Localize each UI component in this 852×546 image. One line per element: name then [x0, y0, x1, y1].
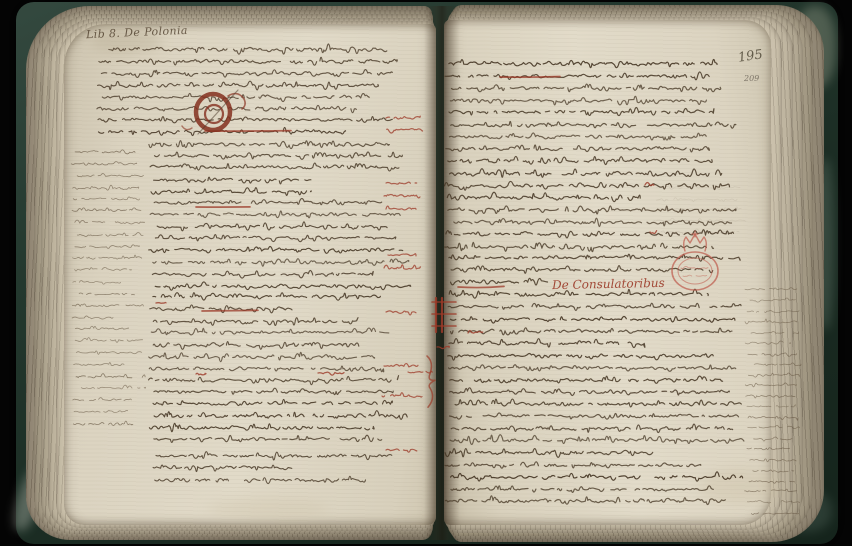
paper-stain [208, 498, 328, 520]
gutter-shadow [424, 6, 460, 540]
secondary-folio-number: 209 [744, 74, 759, 83]
right-page [444, 20, 771, 525]
rubric-heading: De Consulatoribus [552, 276, 665, 292]
left-page [64, 24, 436, 525]
manuscript-photo: Lib 8. De Polonia De Consulatoribus 195 … [0, 0, 852, 546]
paper-stain [700, 468, 782, 504]
